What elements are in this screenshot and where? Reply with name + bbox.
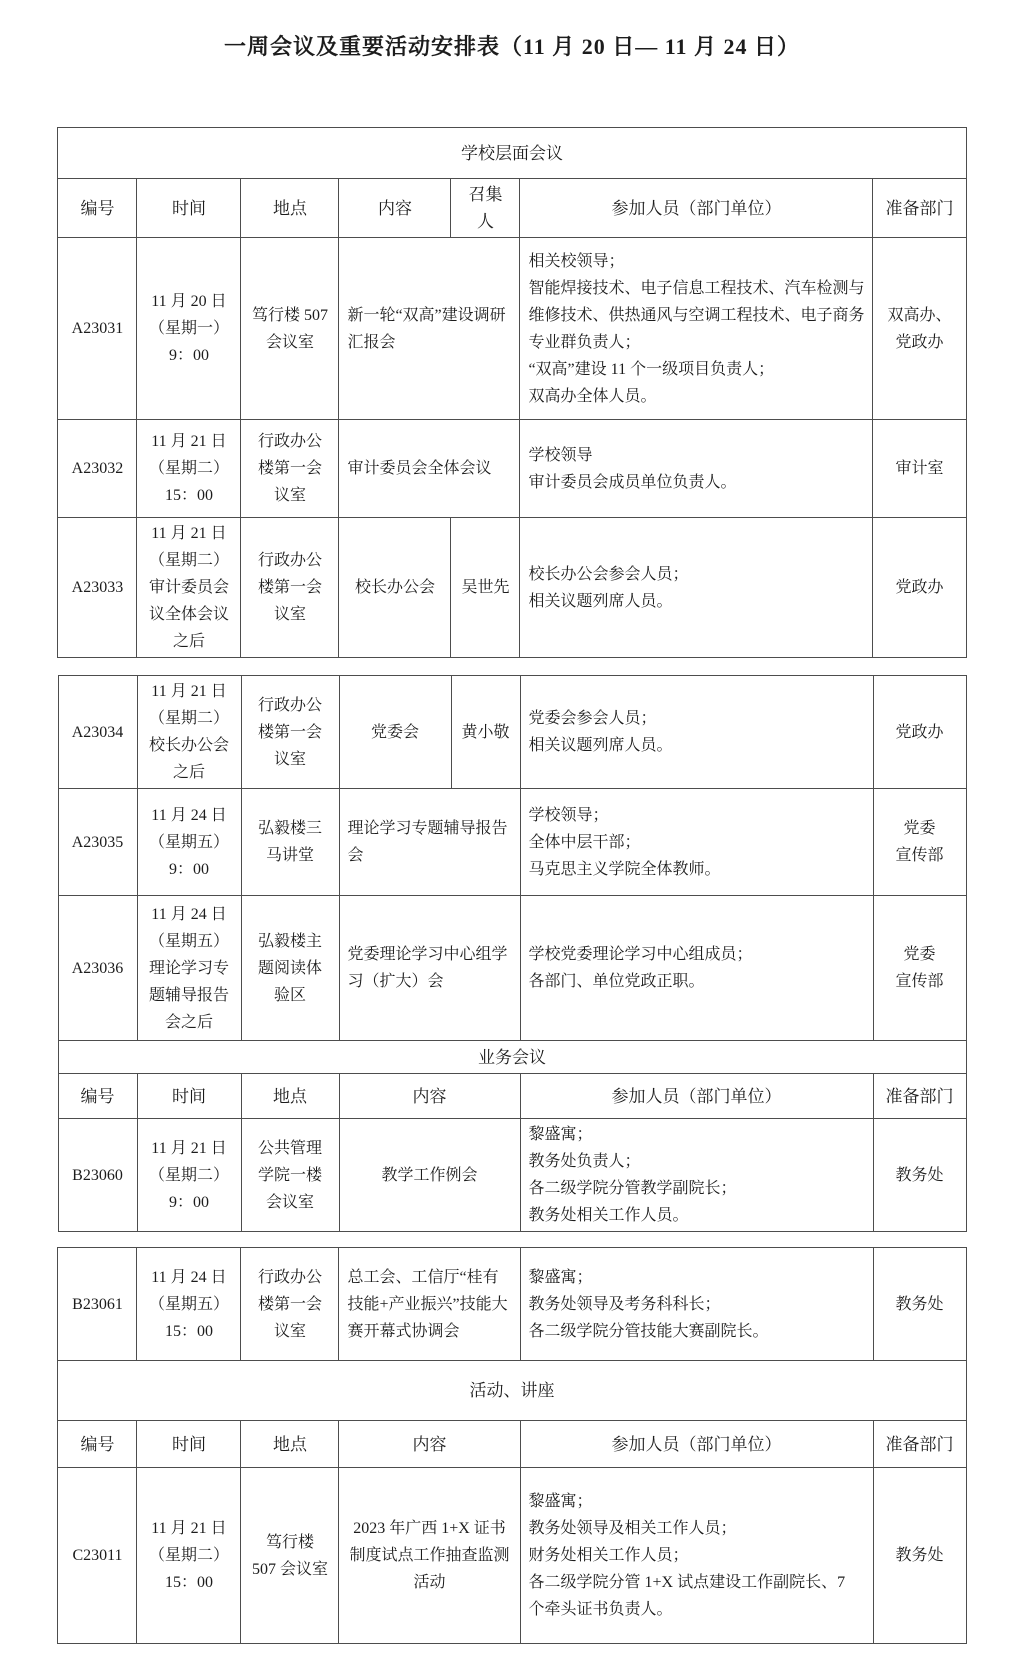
col-header-content: 内容 — [339, 1421, 520, 1468]
cell-place: 行政办公 楼第一会 议室 — [241, 420, 339, 518]
col-header-prep: 准备部门 — [873, 179, 966, 238]
table-row-c23011: C23011 11 月 21 日 （星期二） 15：00 笃行楼 507 会议室… — [58, 1468, 966, 1644]
cell-prep: 党委 宣传部 — [873, 896, 966, 1041]
cell-place: 笃行楼 507 会议室 — [241, 238, 339, 420]
cell-participants: 党委会参会人员； 相关议题列席人员。 — [520, 676, 873, 789]
table-row-b23060: B23060 11 月 21 日 （星期二） 9：00 公共管理 学院一楼 会议… — [58, 1119, 966, 1232]
cell-time: 11 月 24 日 （星期五） 理论学习专 题辅导报告 会之后 — [137, 896, 241, 1041]
cell-prep: 教务处 — [873, 1468, 966, 1644]
cell-participants: 黎盛寓； 教务处领导及相关工作人员； 财务处相关工作人员； 各二级学院分管 1+… — [520, 1468, 873, 1644]
cell-content: 教学工作例会 — [339, 1119, 520, 1232]
cell-participants: 学校领导 审计委员会成员单位负责人。 — [520, 420, 873, 518]
cell-place: 公共管理 学院一楼 会议室 — [241, 1119, 339, 1232]
cell-place: 行政办公 楼第一会 议室 — [241, 518, 339, 658]
cell-convener: 吴世先 — [451, 518, 520, 658]
cell-id: A23032 — [58, 420, 137, 518]
col-header-participants: 参加人员（部门单位） — [520, 179, 873, 238]
table-school-meetings: 学校层面会议 编号 时间 地点 内容 召集人 参加人员（部门单位） 准备部门 A… — [57, 127, 966, 658]
cell-content: 总工会、工信厅“桂有技能+产业振兴”技能大赛开幕式协调会 — [339, 1248, 520, 1361]
col-header-content: 内容 — [339, 179, 451, 238]
table-row-a23035: A23035 11 月 24 日 （星期五） 9：00 弘毅楼三 马讲堂 理论学… — [58, 789, 966, 896]
cell-id: C23011 — [58, 1468, 137, 1644]
table-row-a23036: A23036 11 月 24 日 （星期五） 理论学习专 题辅导报告 会之后 弘… — [58, 896, 966, 1041]
cell-prep: 教务处 — [873, 1248, 966, 1361]
col-header-prep: 准备部门 — [873, 1421, 966, 1468]
header-row-school: 编号 时间 地点 内容 召集人 参加人员（部门单位） 准备部门 — [58, 179, 966, 238]
cell-prep: 党政办 — [873, 518, 966, 658]
cell-time: 11 月 21 日 （星期二） 15：00 — [137, 1468, 241, 1644]
cell-content: 党委会 — [339, 676, 451, 789]
cell-id: A23034 — [58, 676, 137, 789]
section-title-activity: 活动、讲座 — [58, 1361, 966, 1421]
cell-place: 行政办公 楼第一会 议室 — [241, 676, 339, 789]
col-header-id: 编号 — [58, 1421, 137, 1468]
cell-id: A23031 — [58, 238, 137, 420]
col-header-time: 时间 — [137, 1074, 241, 1119]
cell-time: 11 月 20 日 （星期一） 9：00 — [137, 238, 241, 420]
cell-time: 11 月 21 日 （星期二） 校长办公会 之后 — [137, 676, 241, 789]
col-header-participants: 参加人员（部门单位） — [520, 1421, 873, 1468]
col-header-participants: 参加人员（部门单位） — [520, 1074, 873, 1119]
table-row-a23032: A23032 11 月 21 日 （星期二） 15：00 行政办公 楼第一会 议… — [58, 420, 966, 518]
col-header-id: 编号 — [58, 1074, 137, 1119]
cell-convener: 黄小敬 — [451, 676, 520, 789]
cell-prep: 审计室 — [873, 420, 966, 518]
col-header-place: 地点 — [241, 1074, 339, 1119]
cell-participants: 学校领导； 全体中层干部； 马克思主义学院全体教师。 — [520, 789, 873, 896]
cell-prep: 党委 宣传部 — [873, 789, 966, 896]
table-row-a23033: A23033 11 月 21 日 （星期二） 审计委员会 议全体会议 之后 行政… — [58, 518, 966, 658]
table-row-a23034: A23034 11 月 21 日 （星期二） 校长办公会 之后 行政办公 楼第一… — [58, 676, 966, 789]
cell-content: 新一轮“双高”建设调研汇报会 — [339, 238, 520, 420]
table-row-a23031: A23031 11 月 20 日 （星期一） 9：00 笃行楼 507 会议室 … — [58, 238, 966, 420]
cell-participants: 学校党委理论学习中心组成员； 各部门、单位党政正职。 — [520, 896, 873, 1041]
col-header-time: 时间 — [137, 179, 241, 238]
cell-participants: 黎盛寓； 教务处负责人； 各二级学院分管教学副院长； 教务处相关工作人员。 — [520, 1119, 873, 1232]
cell-time: 11 月 21 日 （星期二） 15：00 — [137, 420, 241, 518]
col-header-id: 编号 — [58, 179, 137, 238]
table-school-meetings-continued: A23034 11 月 21 日 （星期二） 校长办公会 之后 行政办公 楼第一… — [58, 675, 967, 1232]
cell-content: 校长办公会 — [339, 518, 451, 658]
cell-time: 11 月 21 日 （星期二） 审计委员会 议全体会议 之后 — [137, 518, 241, 658]
cell-id: B23060 — [58, 1119, 137, 1232]
cell-place: 笃行楼 507 会议室 — [241, 1468, 339, 1644]
table-activities: B23061 11 月 24 日 （星期五） 15：00 行政办公 楼第一会 议… — [57, 1247, 966, 1644]
cell-place: 行政办公 楼第一会 议室 — [241, 1248, 339, 1361]
cell-prep: 党政办 — [873, 676, 966, 789]
cell-content: 2023 年广西 1+X 证书制度试点工作抽查监测活动 — [339, 1468, 520, 1644]
section-title-business: 业务会议 — [58, 1041, 966, 1074]
cell-content: 理论学习专题辅导报告会 — [339, 789, 520, 896]
section-row-activity: 活动、讲座 — [58, 1361, 966, 1421]
col-header-place: 地点 — [241, 179, 339, 238]
table-row-b23061: B23061 11 月 24 日 （星期五） 15：00 行政办公 楼第一会 议… — [58, 1248, 966, 1361]
col-header-place: 地点 — [241, 1421, 339, 1468]
cell-time: 11 月 21 日 （星期二） 9：00 — [137, 1119, 241, 1232]
cell-time: 11 月 24 日 （星期五） 15：00 — [137, 1248, 241, 1361]
cell-id: A23033 — [58, 518, 137, 658]
cell-participants: 校长办公会参会人员； 相关议题列席人员。 — [520, 518, 873, 658]
cell-time: 11 月 24 日 （星期五） 9：00 — [137, 789, 241, 896]
cell-place: 弘毅楼三 马讲堂 — [241, 789, 339, 896]
col-header-convener: 召集人 — [451, 179, 520, 238]
cell-content: 党委理论学习中心组学习（扩大）会 — [339, 896, 520, 1041]
section-row-school: 学校层面会议 — [58, 128, 966, 179]
section-row-business: 业务会议 — [58, 1041, 966, 1074]
cell-participants: 相关校领导； 智能焊接技术、电子信息工程技术、汽车检测与维修技术、供热通风与空调… — [520, 238, 873, 420]
col-header-content: 内容 — [339, 1074, 520, 1119]
header-row-business: 编号 时间 地点 内容 参加人员（部门单位） 准备部门 — [58, 1074, 966, 1119]
cell-id: B23061 — [58, 1248, 137, 1361]
col-header-prep: 准备部门 — [873, 1074, 966, 1119]
cell-place: 弘毅楼主 题阅读体 验区 — [241, 896, 339, 1041]
cell-prep: 教务处 — [873, 1119, 966, 1232]
cell-id: A23035 — [58, 789, 137, 896]
col-header-time: 时间 — [137, 1421, 241, 1468]
cell-participants: 黎盛寓； 教务处领导及考务科科长； 各二级学院分管技能大赛副院长。 — [520, 1248, 873, 1361]
cell-id: A23036 — [58, 896, 137, 1041]
header-row-activity: 编号 时间 地点 内容 参加人员（部门单位） 准备部门 — [58, 1421, 966, 1468]
section-title-school: 学校层面会议 — [58, 128, 966, 179]
cell-content: 审计委员会全体会议 — [339, 420, 520, 518]
page-title: 一周会议及重要活动安排表（11 月 20 日— 11 月 24 日） — [0, 30, 1024, 61]
cell-prep: 双高办、 党政办 — [873, 238, 966, 420]
